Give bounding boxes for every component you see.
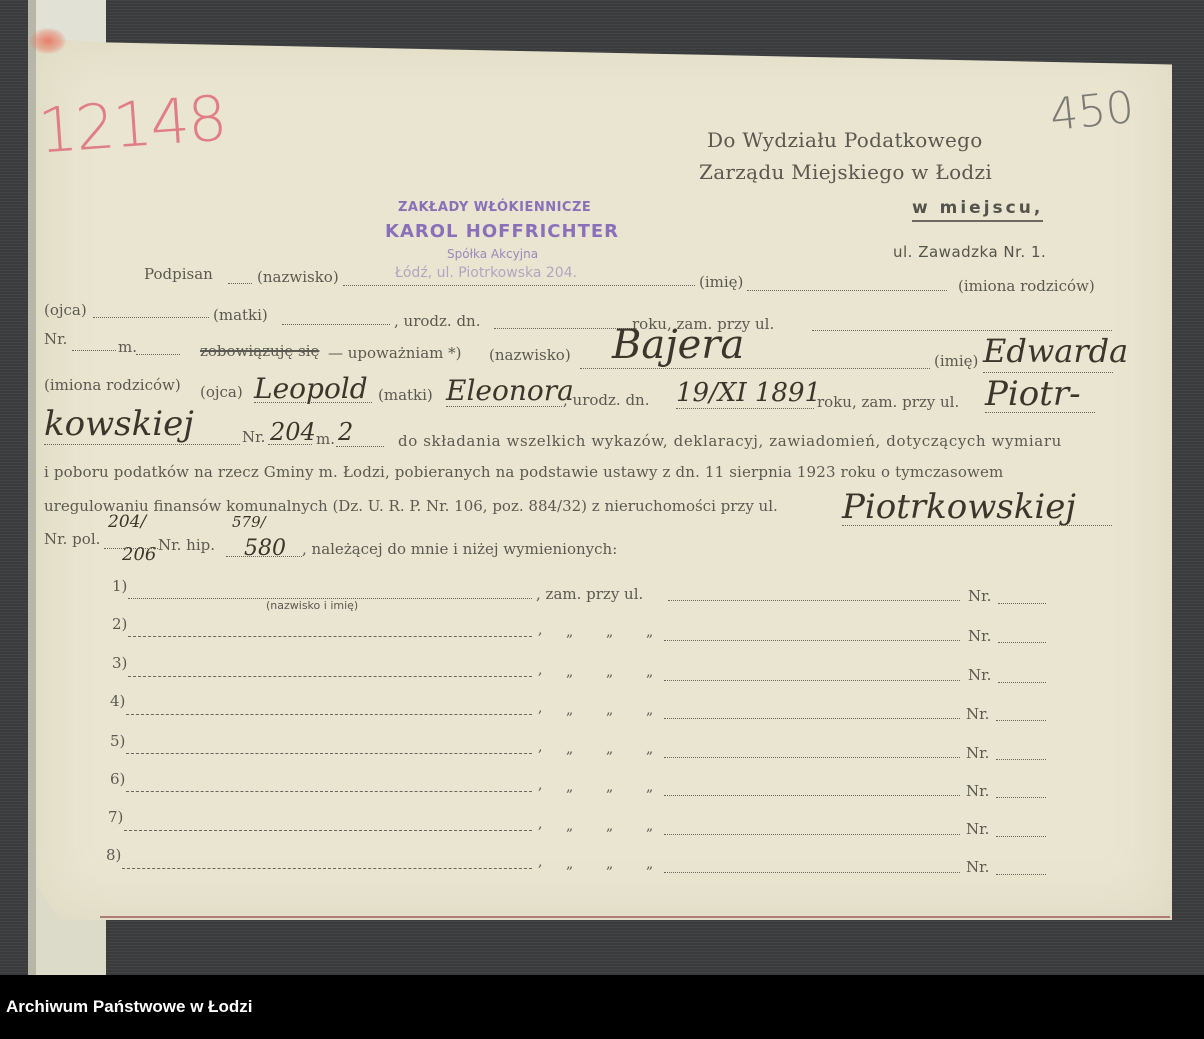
value-nr-hip-top: 579/ <box>232 513 266 531</box>
field-nr-pol[interactable] <box>104 548 158 549</box>
label-roku-2: roku, zam. przy ul. <box>817 393 959 411</box>
list-ditto-mark: „ <box>646 856 653 872</box>
stamp-line-2: KAROL HOFFRICHTER <box>385 221 619 242</box>
list-name-field[interactable] <box>126 791 532 792</box>
field-nazwisko-2[interactable] <box>580 368 930 369</box>
label-ojca-2: (ojca) <box>200 383 243 401</box>
field-matki-2[interactable] <box>446 406 562 407</box>
label-nr-2: Nr. <box>242 428 265 446</box>
stamp-line-1: ZAKŁADY WŁÓKIENNICZE <box>398 200 591 215</box>
list-nr-field[interactable] <box>998 603 1046 604</box>
list-nr-label: Nr. <box>966 744 989 762</box>
list-ditto-mark: „ <box>606 779 613 795</box>
field-imie-2[interactable] <box>983 372 1113 373</box>
list-street-field[interactable] <box>664 680 960 681</box>
value-ulica-piotrkowskiej: Piotrkowskiej <box>842 487 1076 527</box>
list-ditto-mark: „ <box>606 624 613 640</box>
label-matki-1: (matki) <box>213 306 268 324</box>
stamp-line-4: Łódź, ul. Piotrkowska 204. <box>395 265 577 281</box>
value-urodz-date: 19/XI 1891 <box>676 378 821 408</box>
list-ditto-mark: „ <box>606 818 613 834</box>
label-imie-2: (imię) <box>934 352 978 370</box>
list-ditto-mark: , <box>538 854 542 870</box>
label-imiona-rodzicow-1: (imiona rodziców) <box>958 277 1095 295</box>
list-ditto-mark: „ <box>606 856 613 872</box>
list-row-number: 4) <box>110 692 125 710</box>
list-row-number: 3) <box>112 654 127 672</box>
list-row-number: 7) <box>108 808 123 826</box>
value-nr-204: 204 <box>270 418 316 446</box>
list-name-field[interactable] <box>128 598 532 599</box>
list-street-field[interactable] <box>664 757 960 758</box>
label-imie-1: (imię) <box>699 273 743 291</box>
list-nr-field[interactable] <box>998 682 1046 683</box>
binding-shadow <box>28 0 36 975</box>
value-m-2: 2 <box>338 418 353 446</box>
field-m-2[interactable] <box>336 446 384 447</box>
list-ditto-mark: „ <box>646 818 653 834</box>
list-name-field[interactable] <box>128 636 532 637</box>
list-nr-label: Nr. <box>966 820 989 838</box>
list-ditto-mark: „ <box>646 624 653 640</box>
list-ditto-mark: „ <box>606 664 613 680</box>
list-ditto-mark: „ <box>646 741 653 757</box>
field-ulica-1[interactable] <box>812 330 1112 331</box>
label-imiona-rodzicow-2: (imiona rodziców) <box>44 376 181 394</box>
value-nr-pol-top: 204/ <box>108 512 146 532</box>
list-nr-label: Nr. <box>968 666 991 684</box>
label-matki-2: (matki) <box>378 386 433 404</box>
list-ditto-mark: , <box>538 700 542 716</box>
addressee-line-4: ul. Zawadzka Nr. 1. <box>893 243 1046 261</box>
list-name-field[interactable] <box>126 753 532 754</box>
struck-zobowiazuje: zobowiązuję się <box>200 342 319 360</box>
stamp-line-3: Spółka Akcyjna <box>447 247 538 261</box>
list-nr-label: Nr. <box>966 782 989 800</box>
list-street-field[interactable] <box>664 795 960 796</box>
list-nr-field[interactable] <box>996 797 1046 798</box>
field-ojca-2[interactable] <box>254 402 372 403</box>
list-row-number: 5) <box>110 732 125 750</box>
archive-footer-bar: Archiwum Państwowe w Łodzi <box>0 975 1204 1039</box>
list-ditto-mark: , <box>538 622 542 638</box>
list-name-field[interactable] <box>128 676 532 677</box>
list-street-field[interactable] <box>664 834 960 835</box>
list-ditto-mark: „ <box>566 856 573 872</box>
list-row-number: 2) <box>112 615 127 633</box>
label-m-2: m. <box>316 430 335 448</box>
field-ulica-4[interactable] <box>842 525 1112 526</box>
label-urodz-1: , urodz. dn. <box>394 312 480 330</box>
list-ditto-mark: „ <box>606 741 613 757</box>
label-ojca-1: (ojca) <box>44 301 87 319</box>
list-ditto-mark: , <box>538 739 542 755</box>
list-nr-field[interactable] <box>996 759 1046 760</box>
caption-nazwisko-imie: (nazwisko i imię) <box>266 599 358 612</box>
label-nr-hip: Nr. hip. <box>158 536 215 554</box>
list-street-field[interactable] <box>664 872 960 873</box>
list-nr-field[interactable] <box>996 836 1046 837</box>
addressee-line-3: w miejscu, <box>912 198 1043 222</box>
label-nr-pol: Nr. pol. <box>44 530 100 548</box>
list-name-field[interactable] <box>124 830 532 831</box>
field-imie-1[interactable] <box>747 290 947 291</box>
text-row6: i poboru podatków na rzecz Gminy m. Łodz… <box>44 463 1003 481</box>
field-ojca-1[interactable] <box>93 317 209 318</box>
list-zam-label: , zam. przy ul. <box>536 585 643 603</box>
list-ditto-mark: „ <box>646 779 653 795</box>
list-nr-field[interactable] <box>996 720 1046 721</box>
list-ditto-mark: „ <box>646 664 653 680</box>
list-nr-field[interactable] <box>996 874 1046 875</box>
grey-pencil-number: 450 <box>1048 82 1137 141</box>
list-ditto-mark: „ <box>606 702 613 718</box>
archive-caption: Archiwum Państwowe w Łodzi <box>6 997 253 1017</box>
value-nazwisko-bajera: Bajera <box>612 322 744 368</box>
paper-bottom-edge <box>100 916 1170 918</box>
list-ditto-mark: „ <box>566 624 573 640</box>
list-street-field[interactable] <box>664 718 960 719</box>
field-nr-2[interactable] <box>268 444 312 445</box>
list-ditto-mark: , <box>538 816 542 832</box>
label-nazwisko-2: (nazwisko) <box>489 346 571 364</box>
field-ulica-2[interactable] <box>985 412 1095 413</box>
field-m-1[interactable] <box>136 354 180 355</box>
list-street-field[interactable] <box>664 640 960 641</box>
list-ditto-mark: , <box>538 662 542 678</box>
dotted-line <box>228 283 252 284</box>
label-nazwisko-1: (nazwisko) <box>257 268 339 286</box>
list-ditto-mark: „ <box>566 664 573 680</box>
list-nr-field[interactable] <box>998 642 1046 643</box>
value-ulica-part2: kowskiej <box>44 404 194 444</box>
list-ditto-mark: „ <box>566 702 573 718</box>
field-urodz-2[interactable] <box>676 408 814 409</box>
addressee-line-1: Do Wydziału Podatkowego <box>707 128 983 152</box>
addressee-line-2: Zarządu Miejskiego w Łodzi <box>699 160 992 184</box>
list-nr-label: Nr. <box>968 587 991 605</box>
field-nr-hip[interactable] <box>226 556 302 557</box>
list-street-field[interactable] <box>668 600 960 601</box>
list-nr-label: Nr. <box>968 627 991 645</box>
red-pencil-number: 12148 <box>36 82 228 168</box>
list-name-field[interactable] <box>122 868 532 869</box>
list-row-number: 6) <box>110 770 125 788</box>
field-nazwisko-1[interactable] <box>343 285 695 286</box>
field-matki-1[interactable] <box>282 324 390 325</box>
list-name-field[interactable] <box>126 714 532 715</box>
list-ditto-mark: „ <box>566 818 573 834</box>
value-matki-eleonora: Eleonora <box>446 374 574 407</box>
field-ulica-3[interactable] <box>44 444 240 445</box>
red-wax-stain <box>30 28 66 54</box>
list-ditto-mark: „ <box>646 702 653 718</box>
label-upowazniam: — upoważniam *) <box>328 344 462 362</box>
label-m-1: m. <box>118 338 137 356</box>
label-podpisan: Podpisan <box>144 265 213 283</box>
list-row-number: 8) <box>106 846 121 864</box>
list-nr-label: Nr. <box>966 705 989 723</box>
field-nr-1[interactable] <box>72 350 116 351</box>
list-row-number: 1) <box>112 577 127 595</box>
label-nr-1: Nr. <box>44 330 67 348</box>
list-ditto-mark: „ <box>566 741 573 757</box>
list-ditto-mark: , <box>538 777 542 793</box>
label-urodz-2: , urodz. dn. <box>563 391 649 409</box>
text-row5: do składania wszelkich wykazów, deklarac… <box>398 432 1062 450</box>
text-row8: , należącej do mnie i niżej wymienionych… <box>302 540 617 558</box>
value-imie-edwarda: Edwarda <box>983 332 1128 370</box>
value-ojca-leopold: Leopold <box>254 372 368 405</box>
value-nr-hip-bottom: 580 <box>244 536 286 561</box>
text-row7: uregulowaniu finansów komunalnych (Dz. U… <box>44 497 778 515</box>
value-ulica-part1: Piotr- <box>985 374 1081 414</box>
list-ditto-mark: „ <box>566 779 573 795</box>
list-nr-label: Nr. <box>966 858 989 876</box>
